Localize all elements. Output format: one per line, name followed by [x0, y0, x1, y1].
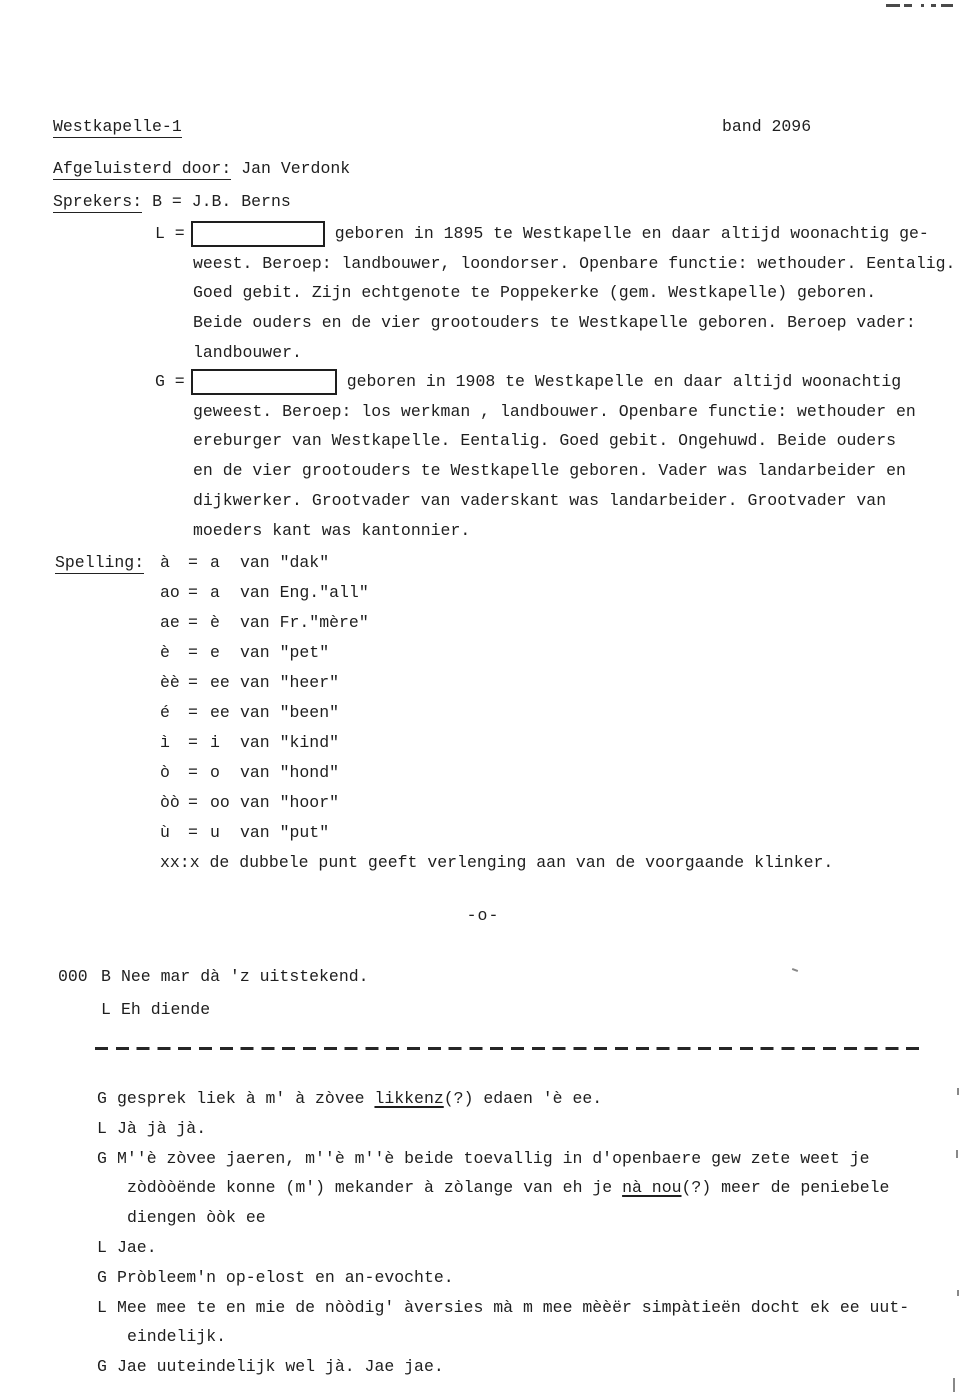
utterance-segment: (?) edaen 'è ee.: [444, 1089, 602, 1108]
speaker-g-line: geboren in 1908 te Westkapelle en daar a…: [347, 367, 902, 397]
transcribed-by-label: Afgeluisterd door:: [53, 159, 231, 180]
spelling-example: van "dak": [240, 548, 329, 578]
spelling-example: van "put": [240, 818, 329, 848]
speaker-code: G: [97, 1352, 117, 1382]
scan-speck: [792, 968, 798, 972]
scan-speck: [953, 1378, 955, 1392]
spelling-table: à=avan "dak" ao=avan Eng."all" ae=èvan F…: [160, 548, 833, 878]
dialogue-turn: G Jae uuteindelijk wel jà. Jae jae.: [97, 1352, 959, 1382]
spelling-symbol: òò: [160, 788, 188, 818]
equals-sign: =: [188, 668, 210, 698]
underlined-word: likkenz: [374, 1089, 443, 1108]
speaker-l-description: L =geboren in 1895 te Westkapelle en daa…: [155, 219, 955, 368]
spelling-label: Spelling:: [55, 553, 144, 574]
band-number: band 2096: [722, 117, 811, 136]
speaker-code: G: [97, 1084, 117, 1114]
spelling-symbol: ì: [160, 728, 188, 758]
dialogue-turn: L Jà jà jà.: [97, 1114, 959, 1144]
spelling-row: à=avan "dak": [160, 548, 833, 578]
utterance-text: Eh diende: [121, 993, 210, 1026]
speaker-code: B: [101, 960, 121, 993]
utterance-text: diengen òòk ee: [127, 1203, 959, 1233]
speaker-l-line: Goed gebit. Zijn echtgenote te Poppekerk…: [193, 278, 955, 308]
underlined-word: nà nou: [622, 1178, 681, 1197]
equals-sign: =: [188, 638, 210, 668]
spelling-symbol: é: [160, 698, 188, 728]
utterance-text: M''è zòvee jaeren, m''è m''è beide toeva…: [117, 1144, 959, 1174]
spelling-row: èè=eevan "heer": [160, 668, 833, 698]
speakers-line: Sprekers:B = J.B. Berns: [53, 192, 291, 211]
spelling-symbol: è: [160, 638, 188, 668]
spelling-row: ao=avan Eng."all": [160, 578, 833, 608]
speaker-l-line: Beide ouders en de vier grootouders te W…: [193, 308, 955, 338]
speaker-code: G: [97, 1263, 117, 1293]
speaker-g-line: en de vier grootouders te Westkapelle ge…: [193, 456, 916, 486]
spelling-example: van Fr."mère": [240, 608, 369, 638]
utterance-text: Jae uuteindelijk wel jà. Jae jae.: [117, 1352, 959, 1382]
equals-sign: =: [188, 728, 210, 758]
spelling-row: òò=oovan "hoor": [160, 788, 833, 818]
speaker-g-first-line: G =geboren in 1908 te Westkapelle en daa…: [155, 367, 916, 397]
dialogue-turn: G Pròbleem'n op-elost en an-evochte.: [97, 1263, 959, 1293]
dialogue-turn: 000BNee mar dà 'z uitstekend.: [58, 960, 369, 993]
equals-sign: =: [188, 788, 210, 818]
speaker-g-line: moeders kant was kantonnier.: [193, 516, 916, 546]
counter-number: [58, 993, 101, 1026]
utterance-segment: (?) meer de peniebele: [682, 1178, 890, 1197]
spelling-key-section: Spelling: à=avan "dak" ao=avan Eng."all"…: [55, 548, 833, 878]
speakers-label: Sprekers:: [53, 192, 142, 213]
speaker-g-line: geweest. Beroep: los werkman , landbouwe…: [193, 397, 916, 427]
counter-number: 000: [58, 960, 101, 993]
scan-speck: [957, 1088, 959, 1095]
spelling-value: a: [210, 548, 240, 578]
scan-speck: [956, 1150, 958, 1158]
spelling-value: e: [210, 638, 240, 668]
utterance-text: Mee mee te en mie de nòòdig' àversies mà…: [117, 1293, 959, 1323]
dialogue-turn: G gesprek liek à m' à zòvee likkenz(?) e…: [97, 1084, 959, 1114]
speaker-g-label: G =: [155, 367, 185, 397]
dashed-divider: [95, 1047, 926, 1050]
utterance-text: gesprek liek à m' à zòvee likkenz(?) eda…: [117, 1084, 959, 1114]
transcribed-by-value: Jan Verdonk: [241, 159, 350, 178]
spelling-row: è=evan "pet": [160, 638, 833, 668]
speaker-code: L: [101, 993, 121, 1026]
scanned-document-page: Westkapelle-1 band 2096 Afgeluisterd doo…: [0, 0, 966, 1397]
dialogue-turn: LEh diende: [58, 993, 369, 1026]
transcribed-by-line: Afgeluisterd door:Jan Verdonk: [53, 159, 350, 178]
speaker-l-line: geboren in 1895 te Westkapelle en daar a…: [335, 219, 929, 249]
spelling-row: ù=uvan "put": [160, 818, 833, 848]
spelling-row: ò=ovan "hond": [160, 758, 833, 788]
speaker-l-line: landbouwer.: [193, 338, 955, 368]
dialogue-main: G gesprek liek à m' à zòvee likkenz(?) e…: [97, 1084, 959, 1382]
utterance-text: eindelijk.: [127, 1322, 959, 1352]
document-title: Westkapelle-1: [53, 117, 182, 138]
spelling-example: van Eng."all": [240, 578, 369, 608]
speaker-g-description: G =geboren in 1908 te Westkapelle en daa…: [155, 367, 916, 545]
utterance-text: Nee mar dà 'z uitstekend.: [121, 960, 369, 993]
spelling-symbol: ò: [160, 758, 188, 788]
equals-sign: =: [188, 548, 210, 578]
speakers-value: B = J.B. Berns: [152, 192, 291, 211]
spelling-example: van "been": [240, 698, 339, 728]
spelling-value: oo: [210, 788, 240, 818]
redacted-name-box: [191, 369, 337, 395]
spelling-length-note: xx:x de dubbele punt geeft verlenging aa…: [160, 848, 833, 878]
speaker-l-first-line: L =geboren in 1895 te Westkapelle en daa…: [155, 219, 955, 249]
spelling-value: i: [210, 728, 240, 758]
spelling-symbol: à: [160, 548, 188, 578]
speaker-code: L: [97, 1233, 117, 1263]
spelling-row: ae=èvan Fr."mère": [160, 608, 833, 638]
dialogue-turn: G M''è zòvee jaeren, m''è m''è beide toe…: [97, 1144, 959, 1233]
utterance-text: zòdòòënde konne (m') mekander à zòlange …: [127, 1173, 959, 1203]
spelling-symbol: ao: [160, 578, 188, 608]
speaker-g-line: ereburger van Westkapelle. Eentalig. Goe…: [193, 426, 916, 456]
utterance-text: Jae.: [117, 1233, 959, 1263]
equals-sign: =: [188, 818, 210, 848]
spelling-symbol: ae: [160, 608, 188, 638]
speaker-code: L: [97, 1293, 117, 1323]
dialogue-turn: L Mee mee te en mie de nòòdig' àversies …: [97, 1293, 959, 1353]
spelling-value: a: [210, 578, 240, 608]
spelling-example: van "pet": [240, 638, 329, 668]
speaker-code: G: [97, 1144, 117, 1174]
section-separator: -o-: [0, 906, 966, 925]
scan-artifact-marks: [886, 4, 962, 12]
spelling-symbol: ù: [160, 818, 188, 848]
spelling-example: van "hond": [240, 758, 339, 788]
dialogue-turn: L Jae.: [97, 1233, 959, 1263]
utterance-text: Pròbleem'n op-elost en an-evochte.: [117, 1263, 959, 1293]
spelling-example: van "heer": [240, 668, 339, 698]
speaker-l-label: L =: [155, 219, 185, 249]
speaker-code: L: [97, 1114, 117, 1144]
speaker-g-line: dijkwerker. Grootvader van vaderskant wa…: [193, 486, 916, 516]
spelling-row: é=eevan "been": [160, 698, 833, 728]
spelling-example: van "kind": [240, 728, 339, 758]
equals-sign: =: [188, 608, 210, 638]
utterance-segment: zòdòòënde konne (m') mekander à zòlange …: [127, 1178, 622, 1197]
speaker-l-line: weest. Beroep: landbouwer, loondorser. O…: [193, 249, 955, 279]
spelling-value: u: [210, 818, 240, 848]
utterance-text: Jà jà jà.: [117, 1114, 959, 1144]
spelling-row: ì=ivan "kind": [160, 728, 833, 758]
spelling-value: ee: [210, 698, 240, 728]
equals-sign: =: [188, 698, 210, 728]
spelling-example: van "hoor": [240, 788, 339, 818]
scan-speck: [957, 1290, 959, 1296]
spelling-symbol: èè: [160, 668, 188, 698]
spelling-value: ee: [210, 668, 240, 698]
dialogue-intro: 000BNee mar dà 'z uitstekend. LEh diende: [58, 960, 369, 1026]
utterance-segment: gesprek liek à m' à zòvee: [117, 1089, 374, 1108]
redacted-name-box: [191, 221, 325, 247]
spelling-value: o: [210, 758, 240, 788]
spelling-value: è: [210, 608, 240, 638]
equals-sign: =: [188, 578, 210, 608]
equals-sign: =: [188, 758, 210, 788]
